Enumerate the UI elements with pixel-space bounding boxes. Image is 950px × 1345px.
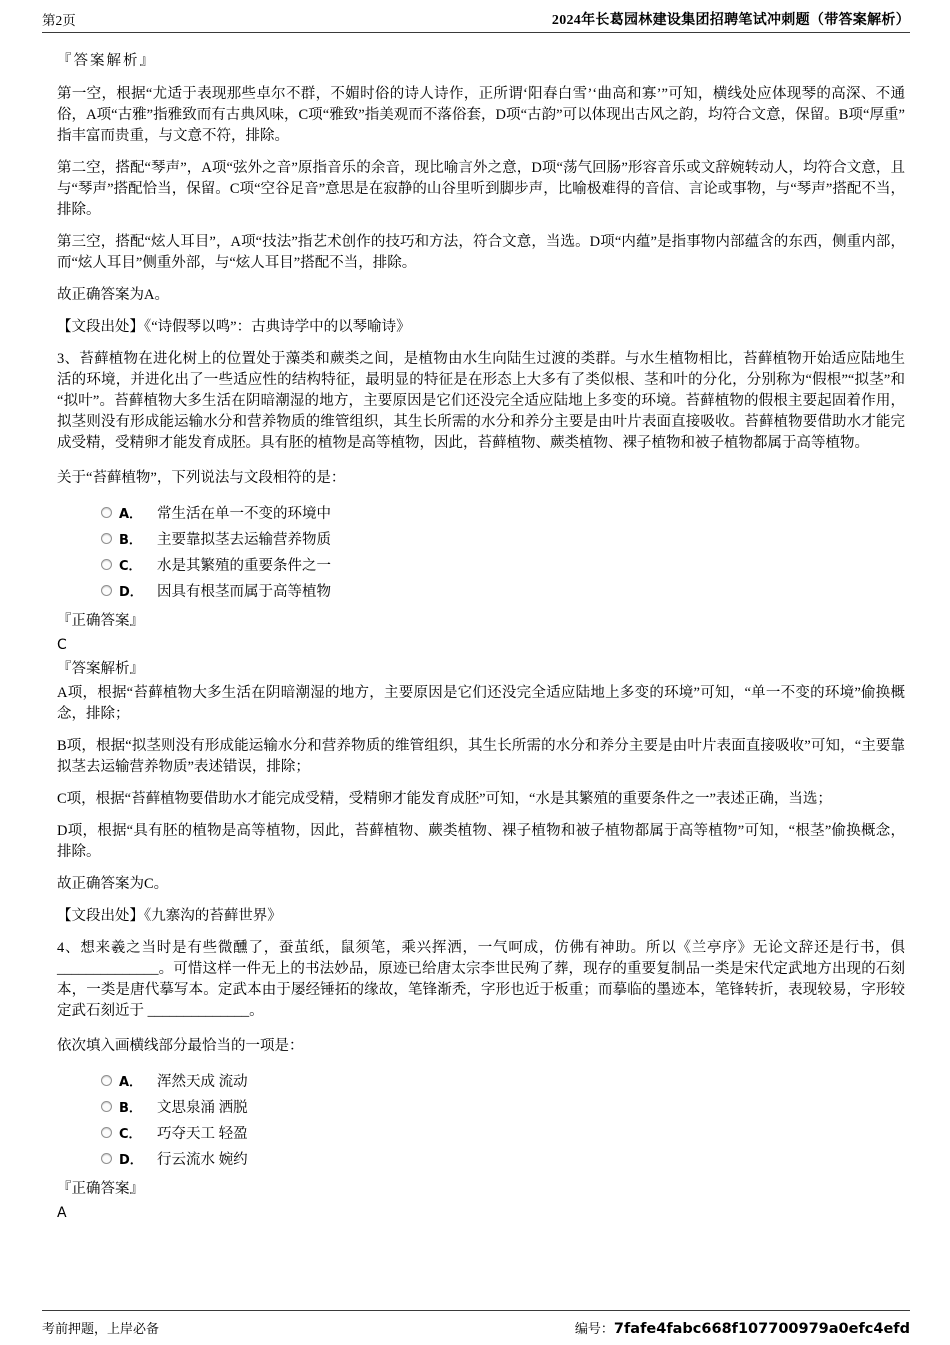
option-text: 常生活在单一不变的环境中 [157, 502, 331, 523]
question3-stem: 3、苔藓植物在进化树上的位置处于藻类和蕨类之间，是植物由水生向陆生过渡的类群。与… [57, 349, 905, 454]
source-line: 【文段出处】《九寨沟的苔藓世界》 [57, 906, 905, 927]
question4-options: A． 浑然天成 流动 B． 文思泉涌 洒脱 C． 巧夺天工 轻盈 D． 行云流水… [57, 1067, 905, 1171]
radio-button-icon[interactable] [101, 559, 112, 570]
page-footer: 考前押题，上岸必备 编号：7fafe4fabc668f107700979a0ef… [42, 1310, 910, 1337]
option-key: D． [119, 581, 146, 600]
question3-options: A． 常生活在单一不变的环境中 B． 主要靠拟茎去运输营养物质 C． 水是其繁殖… [57, 499, 905, 603]
analysis-paragraph: D项，根据“具有胚的植物是高等植物，因此，苔藓植物、蕨类植物、裸子植物和被子植物… [57, 821, 905, 863]
question4-prompt: 依次填入画横线部分最恰当的一项是： [57, 1036, 905, 1057]
radio-button-icon[interactable] [101, 1075, 112, 1086]
radio-button-icon[interactable] [101, 1153, 112, 1164]
option-row-d[interactable]: D． 因具有根茎而属于高等植物 [57, 577, 905, 603]
analysis-paragraph: A项，根据“苔藓植物大多生活在阴暗潮湿的地方，主要原因是它们还没完全适应陆地上多… [57, 683, 905, 725]
correct-answer-value: A [57, 1203, 905, 1224]
radio-button-icon[interactable] [101, 1127, 112, 1138]
option-row-a[interactable]: A． 常生活在单一不变的环境中 [57, 499, 905, 525]
option-text: 因具有根茎而属于高等植物 [157, 580, 331, 601]
analysis-paragraph: C项，根据“苔藓植物要借助水才能完成受精，受精卵才能发育成胚”可知，“水是其繁殖… [57, 789, 905, 810]
analysis-paragraph: B项，根据“拟茎则没有形成能运输水分和营养物质的维管组织，其生长所需的水分和养分… [57, 736, 905, 778]
option-row-c[interactable]: C． 水是其繁殖的重要条件之一 [57, 551, 905, 577]
option-text: 水是其繁殖的重要条件之一 [157, 554, 331, 575]
question3-section: 3、苔藓植物在进化树上的位置处于藻类和蕨类之间，是植物由水生向陆生过渡的类群。与… [57, 349, 905, 927]
question4-stem: 4、想来羲之当时是有些微醺了，蚕茧纸，鼠须笔，乘兴挥洒，一气呵成，仿佛有神助。所… [57, 938, 905, 1022]
document-id-label: 编号： [575, 1321, 614, 1336]
source-line: 【文段出处】《“诗假琴以鸣”：古典诗学中的以琴喻诗》 [57, 317, 905, 338]
analysis-paragraph: 第一空，根据“尤适于表现那些卓尔不群，不媚时俗的诗人诗作，正所谓‘阳春白雪’‘曲… [57, 84, 905, 147]
option-row-b[interactable]: B． 文思泉涌 洒脱 [57, 1093, 905, 1119]
option-row-b[interactable]: B． 主要靠拟茎去运输营养物质 [57, 525, 905, 551]
document-title: 2024年长葛园林建设集团招聘笔试冲刺题（带答案解析） [552, 9, 910, 29]
option-row-a[interactable]: A． 浑然天成 流动 [57, 1067, 905, 1093]
option-row-c[interactable]: C． 巧夺天工 轻盈 [57, 1119, 905, 1145]
option-key: B． [119, 1097, 146, 1116]
question2-analysis-section: 『答案解析』 第一空，根据“尤适于表现那些卓尔不群，不媚时俗的诗人诗作，正所谓‘… [57, 51, 905, 338]
conclusion-line: 故正确答案为C。 [57, 874, 905, 895]
option-key: A． [119, 503, 146, 522]
option-row-d[interactable]: D． 行云流水 婉约 [57, 1145, 905, 1171]
footer-document-id: 编号：7fafe4fabc668f107700979a0efc4efd [575, 1318, 910, 1337]
correct-answer-label: 『正确答案』 [57, 1179, 905, 1200]
correct-answer-label: 『正确答案』 [57, 611, 905, 632]
radio-button-icon[interactable] [101, 585, 112, 596]
radio-button-icon[interactable] [101, 507, 112, 518]
page-header: 第2页 2024年长葛园林建设集团招聘笔试冲刺题（带答案解析） [42, 9, 910, 33]
option-text: 主要靠拟茎去运输营养物质 [157, 528, 331, 549]
option-key: D． [119, 1149, 146, 1168]
option-text: 巧夺天工 轻盈 [157, 1122, 248, 1143]
question4-section: 4、想来羲之当时是有些微醺了，蚕茧纸，鼠须笔，乘兴挥洒，一气呵成，仿佛有神助。所… [57, 938, 905, 1224]
option-text: 行云流水 婉约 [157, 1148, 248, 1169]
option-key: B． [119, 529, 146, 548]
analysis-paragraph: 第三空，搭配“炫人耳目”，A项“技法”指艺术创作的技巧和方法，符合文意，当选。D… [57, 232, 905, 274]
answer-analysis-label: 『答案解析』 [57, 51, 905, 72]
question3-prompt: 关于“苔藓植物”，下列说法与文段相符的是： [57, 468, 905, 489]
option-key: A． [119, 1071, 146, 1090]
option-text: 文思泉涌 洒脱 [157, 1096, 248, 1117]
analysis-paragraph: 第二空，搭配“琴声”，A项“弦外之音”原指音乐的余音，现比喻言外之意，D项“荡气… [57, 158, 905, 221]
correct-answer-value: C [57, 635, 905, 656]
radio-button-icon[interactable] [101, 1101, 112, 1112]
document-body: 『答案解析』 第一空，根据“尤适于表现那些卓尔不群，不媚时俗的诗人诗作，正所谓‘… [57, 51, 905, 1224]
radio-button-icon[interactable] [101, 533, 112, 544]
conclusion-line: 故正确答案为A。 [57, 285, 905, 306]
answer-analysis-label: 『答案解析』 [57, 659, 905, 680]
option-key: C． [119, 555, 146, 574]
footer-slogan: 考前押题，上岸必备 [42, 1318, 159, 1337]
document-id-value: 7fafe4fabc668f107700979a0efc4efd [614, 1321, 910, 1337]
page-number: 第2页 [42, 9, 76, 29]
option-key: C． [119, 1123, 146, 1142]
option-text: 浑然天成 流动 [157, 1070, 248, 1091]
